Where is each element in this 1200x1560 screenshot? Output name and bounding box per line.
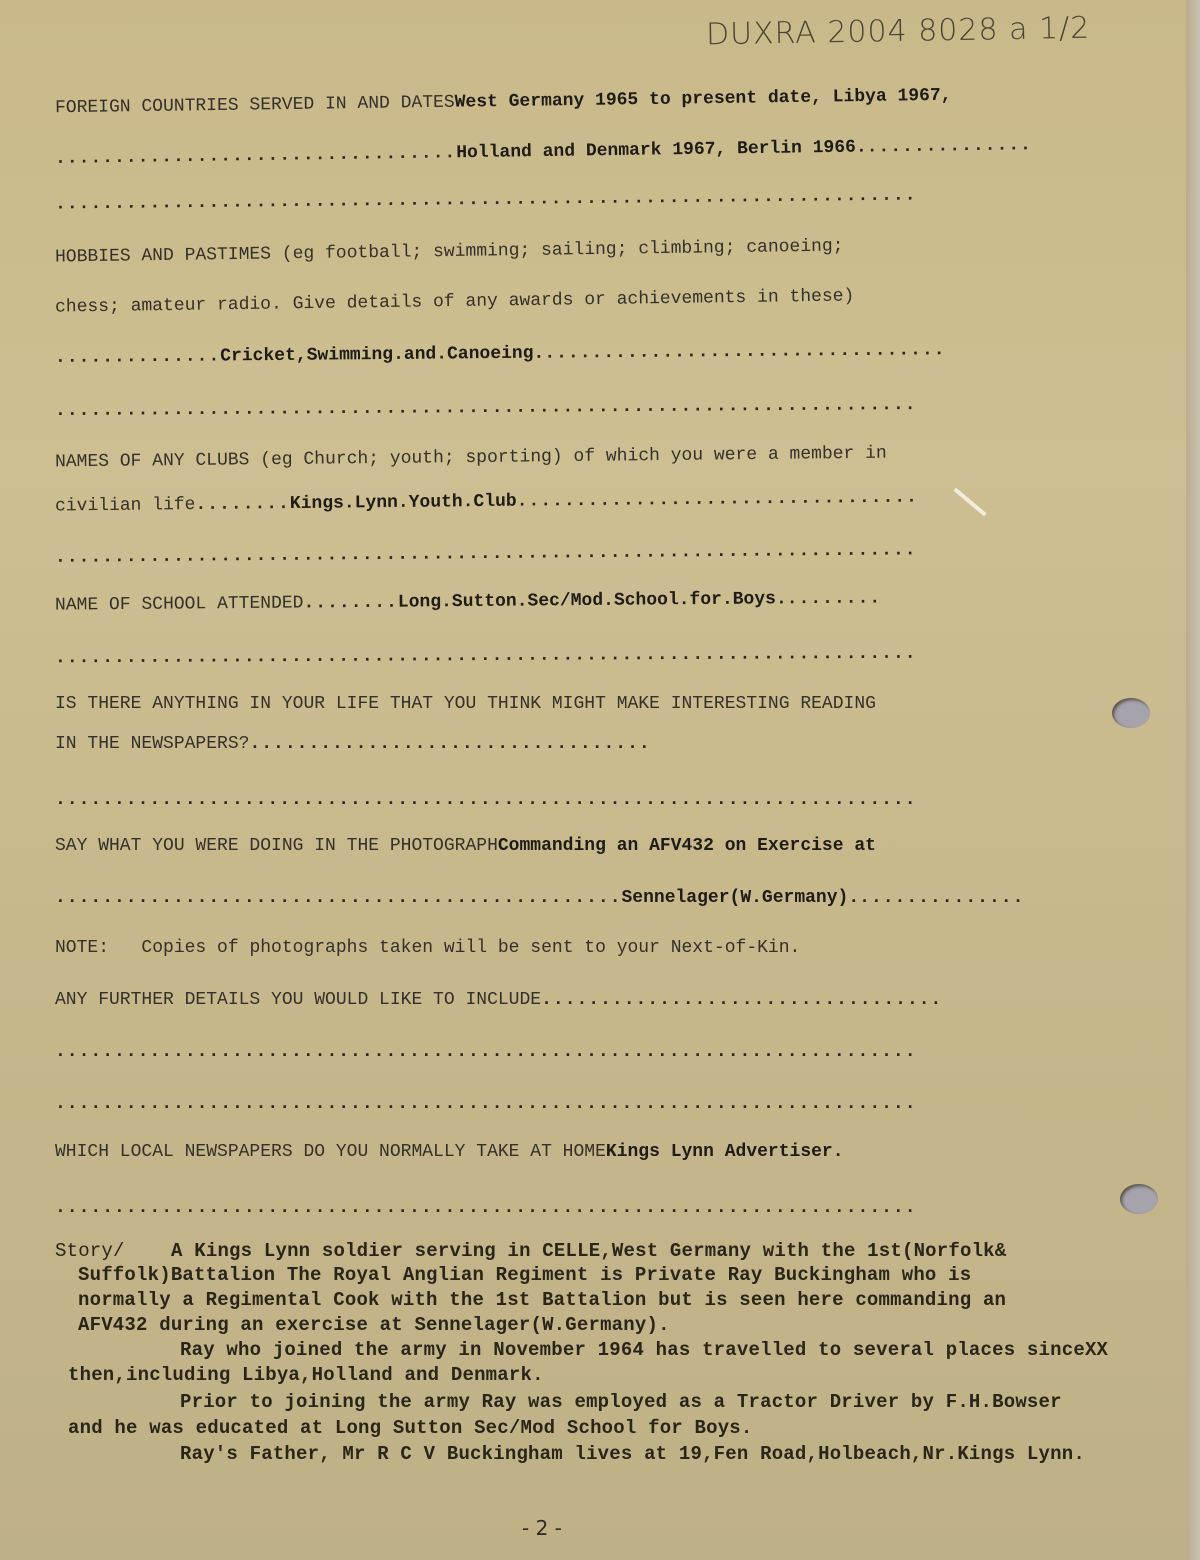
dotted-line: ........................................… — [55, 1198, 917, 1218]
clubs-label-2: civilian life — [55, 495, 196, 516]
story-line-7: Prior to joining the army Ray was employ… — [180, 1391, 1062, 1413]
dotted-leader: .................................. — [249, 734, 650, 754]
interesting-label-1: IS THERE ANYTHING IN YOUR LIFE THAT YOU … — [55, 694, 876, 714]
blank-line: ........................................… — [55, 790, 917, 810]
light-glare — [953, 488, 986, 517]
foreign-countries-row: FOREIGN COUNTRIES SERVED IN AND DATESWes… — [55, 86, 952, 119]
further-details-row: ANY FURTHER DETAILS YOU WOULD LIKE TO IN… — [55, 990, 942, 1010]
blank-line: ........................................… — [55, 395, 917, 421]
dotted-leader: ........ — [303, 593, 398, 614]
photograph-row-2: ........................................… — [55, 888, 1024, 908]
dotted-leader: .............. — [859, 888, 1024, 908]
dotted-leader: ........ — [195, 494, 290, 515]
newspapers-answer: Kings Lynn Advertiser. — [606, 1142, 844, 1162]
dotted-leader: .................................. — [55, 888, 456, 908]
blank-line: ........................................… — [55, 1198, 917, 1218]
dotted-line: ........................................… — [55, 790, 917, 810]
newspapers-label: WHICH LOCAL NEWSPAPERS DO YOU NORMALLY T… — [55, 1142, 606, 1162]
story-line-1: Story/ A Kings Lynn soldier serving in C… — [55, 1240, 1006, 1262]
punch-hole — [1120, 1184, 1158, 1214]
foreign-countries-row-2: ..................................Hollan… — [55, 135, 1032, 169]
photograph-answer-1: Commanding an AFV432 on Exercise at — [498, 836, 876, 856]
school-row: NAME OF SCHOOL ATTENDED........Long.Sutt… — [55, 588, 881, 615]
punch-hole — [1112, 698, 1150, 728]
blank-line: ........................................… — [55, 1042, 917, 1062]
hobbies-answer: Cricket,Swimming.and.Canoeing. — [220, 344, 544, 367]
note-label: NOTE: — [55, 938, 109, 958]
blank-line: ........................................… — [55, 644, 917, 669]
hobbies-answer-row: ..............Cricket,Swimming.and.Canoe… — [55, 340, 946, 368]
blank-line: ........................................… — [55, 540, 917, 568]
hobbies-label-row: HOBBIES AND PASTIMES (eg football; swimm… — [55, 236, 844, 267]
dotted-line: ........................................… — [55, 644, 917, 669]
story-label: Story/ — [55, 1240, 125, 1262]
clubs-label-row: NAMES OF ANY CLUBS (eg Church; youth; sp… — [55, 444, 887, 473]
blank-line: ........................................… — [55, 1094, 917, 1114]
school-label: NAME OF SCHOOL ATTENDED — [55, 593, 304, 615]
story-line-5: Ray who joined the army in November 1964… — [180, 1339, 1108, 1361]
hobbies-label-row-2: chess; amateur radio. Give details of an… — [55, 286, 855, 317]
foreign-countries-label: FOREIGN COUNTRIES SERVED IN AND DATES — [55, 93, 455, 119]
clubs-answer-row: civilian life........Kings.Lynn.Youth.Cl… — [55, 487, 918, 516]
story-text: A Kings Lynn soldier serving in CELLE,We… — [171, 1240, 1006, 1262]
school-answer: Long.Sutton.Sec/Mod.School.for.Boys. — [398, 589, 787, 612]
story-line-8: and he was educated at Long Sutton Sec/M… — [68, 1417, 753, 1439]
clubs-label-1: NAMES OF ANY CLUBS (eg Church; youth; sp… — [55, 444, 887, 473]
dotted-leader: .............. — [867, 135, 1032, 157]
dotted-leader: .................................. — [517, 487, 918, 511]
photograph-label: SAY WHAT YOU WERE DOING IN THE PHOTOGRAP… — [55, 836, 498, 856]
dotted-leader: .................................. — [541, 990, 942, 1010]
dotted-line: ........................................… — [55, 185, 917, 214]
clubs-answer: Kings.Lynn.Youth.Club — [290, 492, 517, 514]
note-text: Copies of photographs taken will be sent… — [141, 938, 800, 958]
hobbies-label-1: HOBBIES AND PASTIMES (eg football; swimm… — [55, 236, 844, 267]
dotted-line: ........................................… — [55, 540, 917, 568]
page-edge — [1186, 0, 1200, 1560]
story-line-2: Suffolk)Battalion The Royal Anglian Regi… — [78, 1264, 971, 1286]
dotted-leader: .............. — [456, 888, 621, 908]
further-details-label: ANY FURTHER DETAILS YOU WOULD LIKE TO IN… — [55, 990, 541, 1010]
dotted-leader: ........ — [787, 588, 882, 609]
foreign-countries-answer-1: West Germany 1965 to present date, Libya… — [455, 86, 952, 113]
dotted-line: ........................................… — [55, 395, 917, 421]
note-row: NOTE: Copies of photographs taken will b… — [55, 938, 800, 958]
dotted-line: ........................................… — [55, 1094, 917, 1114]
story-line-9: Ray's Father, Mr R C V Buckingham lives … — [180, 1443, 1085, 1465]
dotted-line: ........................................… — [55, 1042, 917, 1062]
archive-reference: DUXRA 2004 8028 a 1/2 — [706, 11, 1091, 53]
dotted-leader: .............. — [55, 346, 220, 367]
page-number: - 2 - — [522, 1516, 562, 1540]
story-line-3: normally a Regimental Cook with the 1st … — [78, 1289, 1006, 1311]
dotted-leader: .................................. — [544, 340, 945, 364]
hobbies-label-2: chess; amateur radio. Give details of an… — [55, 286, 855, 317]
blank-line: ........................................… — [55, 185, 917, 214]
newspapers-row: WHICH LOCAL NEWSPAPERS DO YOU NORMALLY T… — [55, 1142, 844, 1162]
photograph-row: SAY WHAT YOU WERE DOING IN THE PHOTOGRAP… — [55, 836, 876, 856]
photograph-answer-2: Sennelager(W.Germany). — [622, 888, 860, 908]
foreign-countries-answer-2: Holland and Denmark 1967, Berlin 1966. — [456, 137, 867, 163]
interesting-label-row-2: IN THE NEWSPAPERS?......................… — [55, 734, 651, 754]
interesting-label-2: IN THE NEWSPAPERS? — [55, 734, 249, 754]
story-line-4: AFV432 during an exercise at Sennelager(… — [78, 1314, 670, 1336]
interesting-label-row: IS THERE ANYTHING IN YOUR LIFE THAT YOU … — [55, 694, 876, 714]
story-line-6: then,including Libya,Holland and Denmark… — [68, 1364, 544, 1386]
dotted-leader: .................................. — [55, 143, 457, 169]
